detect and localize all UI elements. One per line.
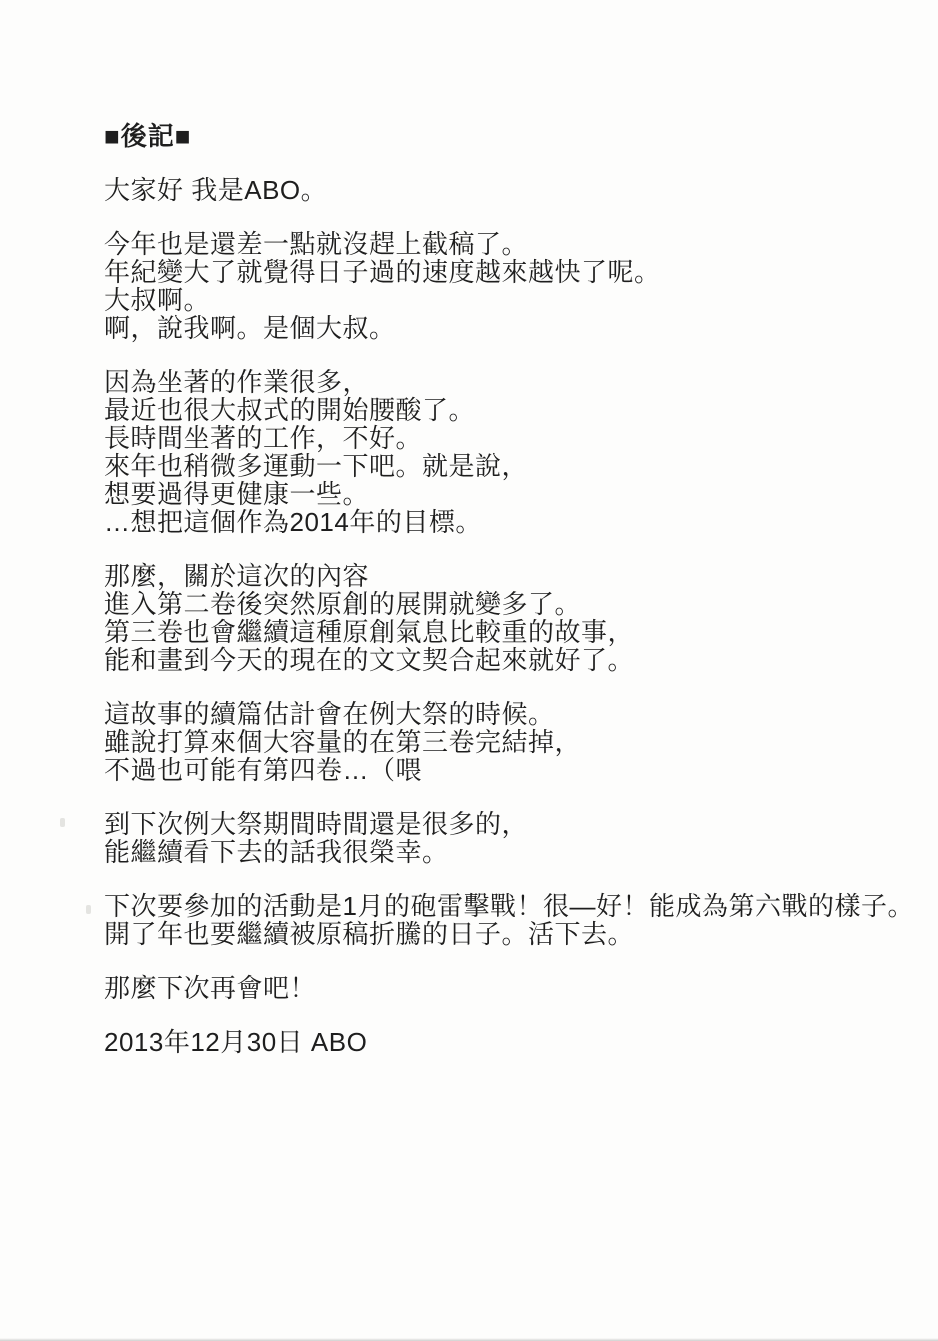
paragraph: 下次要參加的活動是1月的砲雷擊戰！很—好！能成為第六戰的樣子。開了年也要繼續被原…	[104, 892, 878, 948]
paragraph: 大家好 我是ABO。	[104, 176, 878, 204]
scan-artifact	[86, 905, 91, 914]
text-line: 進入第二卷後突然原創的展開就變多了。	[104, 590, 878, 618]
paragraph: 2013年12月30日 ABO	[104, 1028, 878, 1056]
text-line: 下次要參加的活動是1月的砲雷擊戰！很—好！能成為第六戰的樣子。	[104, 892, 878, 920]
afterword-title: ■後記■	[104, 122, 878, 150]
text-line: 長時間坐著的工作，不好。	[104, 424, 878, 452]
paragraph: 今年也是還差一點就沒趕上截稿了。年紀變大了就覺得日子過的速度越來越快了呢。大叔啊…	[104, 230, 878, 342]
text-line: 這故事的續篇估計會在例大祭的時候。	[104, 700, 878, 728]
text-line: 今年也是還差一點就沒趕上截稿了。	[104, 230, 878, 258]
paragraph: 那麼下次再會吧！	[104, 974, 878, 1002]
paragraph: 這故事的續篇估計會在例大祭的時候。雖說打算來個大容量的在第三卷完結掉，不過也可能…	[104, 700, 878, 784]
text-line: 那麼，關於這次的內容	[104, 562, 878, 590]
text-line: 大家好 我是ABO。	[104, 176, 878, 204]
paragraph: 那麼，關於這次的內容進入第二卷後突然原創的展開就變多了。第三卷也會繼續這種原創氣…	[104, 562, 878, 674]
text-line: 第三卷也會繼續這種原創氣息比較重的故事，	[104, 618, 878, 646]
text-line: 最近也很大叔式的開始腰酸了。	[104, 396, 878, 424]
text-line: 不過也可能有第四卷…（喂	[104, 756, 878, 784]
text-line: 想要過得更健康一些。	[104, 480, 878, 508]
text-line: 年紀變大了就覺得日子過的速度越來越快了呢。	[104, 258, 878, 286]
text-line: 能和畫到今天的現在的文文契合起來就好了。	[104, 646, 878, 674]
paragraph: 因為坐著的作業很多，最近也很大叔式的開始腰酸了。長時間坐著的工作，不好。來年也稍…	[104, 368, 878, 536]
text-line: 到下次例大祭期間時間還是很多的，	[104, 810, 878, 838]
text-line: …想把這個作為2014年的目標。	[104, 508, 878, 536]
text-line: 能繼續看下去的話我很榮幸。	[104, 838, 878, 866]
text-line: 來年也稍微多運動一下吧。就是說，	[104, 452, 878, 480]
text-line: 那麼下次再會吧！	[104, 974, 878, 1002]
text-line: 雖說打算來個大容量的在第三卷完結掉，	[104, 728, 878, 756]
text-line: 開了年也要繼續被原稿折騰的日子。活下去。	[104, 920, 878, 948]
paragraphs: 大家好 我是ABO。今年也是還差一點就沒趕上截稿了。年紀變大了就覺得日子過的速度…	[104, 176, 878, 1056]
paragraph: 到下次例大祭期間時間還是很多的，能繼續看下去的話我很榮幸。	[104, 810, 878, 866]
text-line: 因為坐著的作業很多，	[104, 368, 878, 396]
document-page: ■後記■ 大家好 我是ABO。今年也是還差一點就沒趕上截稿了。年紀變大了就覺得日…	[0, 0, 938, 1341]
scan-artifact	[60, 818, 65, 827]
text-line: 大叔啊。	[104, 286, 878, 314]
text-line: 2013年12月30日 ABO	[104, 1028, 878, 1056]
text-line: 啊，說我啊。是個大叔。	[104, 314, 878, 342]
